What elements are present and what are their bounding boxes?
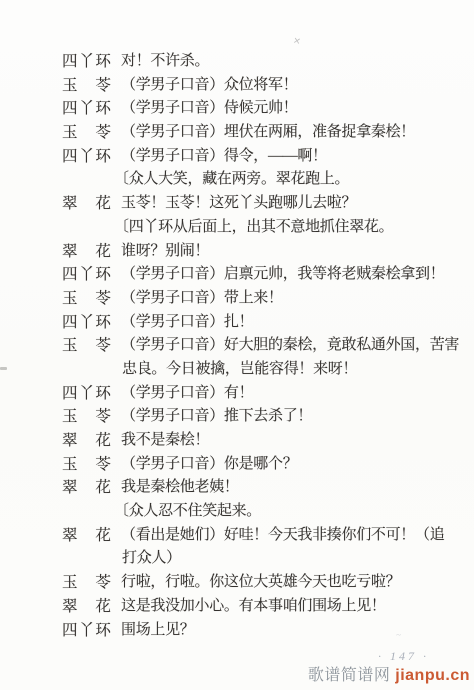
script-line: 四丫环 （学男子口音）扎！ (62, 311, 462, 335)
script-line: 翠 花 玉苓！玉苓！这死丫头跑哪儿去啦？ (62, 192, 462, 216)
script-line: 四丫环 （学男子口音）启禀元帅，我等将老贼秦桧拿到！ (62, 263, 462, 287)
script-line: 四丫环 （学男子口音）侍候元帅！ (62, 97, 462, 121)
script-line: 玉 苓 行啦，行啦。你这位大英雄今天也吃亏啦？ (62, 571, 462, 595)
dialogue-text: （学男子口音）推下去杀了！ (121, 405, 312, 429)
watermark-url: jianpu.cn (395, 667, 470, 684)
dialogue-text: 我不是秦桧！ (121, 429, 209, 453)
dialogue-text: 围场上见？ (121, 619, 195, 643)
script-line: 〔众人大笑，藏在两旁。翠花跑上。 (62, 168, 462, 192)
script-line: 玉 苓 （学男子口音）你是哪个？ (62, 453, 462, 477)
dialogue-text: （学男子口音）好大胆的秦桧，竟敢私通外国，苦害 (121, 334, 459, 358)
dialogue-continuation: 忠良。今日被擒，岂能容得！来呀！ (122, 358, 357, 382)
speaker-name: 玉 苓 (62, 571, 119, 595)
script-line: 翠 花 （看出是她们）好哇！今天我非揍你们不可！（追 (62, 524, 462, 548)
script-line: 玉 苓 （学男子口音）带上来！ (62, 287, 462, 311)
speaker-name: 玉 苓 (62, 334, 119, 358)
scan-artifact-mark: ✕ (292, 35, 302, 47)
dialogue-text: （学男子口音）众位将军！ (121, 74, 297, 98)
speaker-name: 玉 苓 (62, 453, 119, 477)
watermark-site: 歌谱简谱网 (308, 667, 395, 684)
dialogue-text: 玉苓！玉苓！这死丫头跑哪儿去啦？ (121, 192, 356, 216)
script-line: 〔众人忍不住笑起来。 (62, 500, 462, 524)
watermark: 歌谱简谱网 jianpu.cn (308, 662, 470, 685)
speaker-name: 四丫环 (62, 619, 119, 643)
scan-edge-artifact (0, 367, 7, 370)
speaker-name: 四丫环 (62, 382, 119, 406)
script-line: 忠良。今日被擒，岂能容得！来呀！ (62, 358, 462, 382)
script-line: 玉 苓 （学男子口音）众位将军！ (62, 74, 462, 98)
stage-direction: 〔四丫环从后面上，出其不意地抓住翠花。 (114, 216, 393, 240)
script-line: 翠 花 我是秦桧他老姨！ (62, 476, 462, 500)
script-line: 翠 花 谁呀？别闹！ (62, 240, 462, 264)
dialogue-text: （学男子口音）侍候元帅！ (121, 97, 297, 121)
speaker-name: 翠 花 (62, 429, 119, 453)
script-line: 打众人） (62, 547, 462, 571)
dialogue-text: 谁呀？别闹！ (121, 240, 209, 264)
speaker-name: 四丫环 (62, 311, 119, 335)
script-line: 翠 花 我不是秦桧！ (62, 429, 462, 453)
dialogue-text: （学男子口音）带上来！ (121, 287, 283, 311)
script-line: 玉 苓 （学男子口音）推下去杀了！ (62, 405, 462, 429)
script-line: 四丫环 对！不许杀。 (62, 50, 462, 74)
speaker-name: 四丫环 (62, 97, 119, 121)
script-line: 〔四丫环从后面上，出其不意地抓住翠花。 (62, 216, 462, 240)
speaker-name: 翠 花 (62, 476, 119, 500)
script-line: 四丫环 围场上见？ (62, 619, 462, 643)
speaker-name: 翠 花 (62, 524, 119, 548)
speaker-name: 翠 花 (62, 240, 119, 264)
script-line: 玉 苓 （学男子口音）埋伏在两厢，准备捉拿秦桧！ (62, 121, 462, 145)
speaker-name: 玉 苓 (62, 74, 119, 98)
dialogue-continuation: 打众人） (122, 547, 181, 571)
script-line: 翠 花 这是我没加小心。有本事咱们围场上见！ (62, 595, 462, 619)
dialogue-text: 对！不许杀。 (121, 50, 209, 74)
scanned-script-page: ✕ 四丫环 对！不许杀。 玉 苓 （学男子口音）众位将军！ 四丫环 （学男子口音… (0, 0, 474, 690)
stage-direction: 〔众人忍不住笑起来。 (114, 500, 261, 524)
dialogue-text: 这是我没加小心。有本事咱们围场上见！ (121, 595, 386, 619)
dialogue-text: （学男子口音）有！ (121, 382, 253, 406)
speaker-name: 四丫环 (62, 50, 119, 74)
dialogue-text: （学男子口音）你是哪个？ (121, 453, 297, 477)
scan-artifact-squiggle: ~ (396, 630, 401, 640)
dialogue-text: （学男子口音）埋伏在两厢，准备捉拿秦桧！ (121, 121, 415, 145)
script-line: 四丫环 （学男子口音）有！ (62, 382, 462, 406)
dialogue-text: （学男子口音）得令，——啊！ (121, 145, 327, 169)
speaker-name: 四丫环 (62, 263, 119, 287)
speaker-name: 翠 花 (62, 192, 119, 216)
dialogue-text: 我是秦桧他老姨！ (121, 476, 239, 500)
script-line: 四丫环 （学男子口音）得令，——啊！ (62, 145, 462, 169)
dialogue-text: 行啦，行啦。你这位大英雄今天也吃亏啦？ (121, 571, 400, 595)
script-line: 玉 苓 （学男子口音）好大胆的秦桧，竟敢私通外国，苦害 (62, 334, 462, 358)
dialogue-text: （学男子口音）启禀元帅，我等将老贼秦桧拿到！ (121, 263, 444, 287)
speaker-name: 翠 花 (62, 595, 119, 619)
dialogue-text: （看出是她们）好哇！今天我非揍你们不可！（追 (121, 524, 444, 548)
speaker-name: 玉 苓 (62, 121, 119, 145)
speaker-name: 玉 苓 (62, 405, 119, 429)
stage-direction: 〔众人大笑，藏在两旁。翠花跑上。 (114, 168, 349, 192)
dialogue-text: （学男子口音）扎！ (121, 311, 253, 335)
script-text-block: 四丫环 对！不许杀。 玉 苓 （学男子口音）众位将军！ 四丫环 （学男子口音）侍… (62, 50, 462, 642)
speaker-name: 四丫环 (62, 145, 119, 169)
speaker-name: 玉 苓 (62, 287, 119, 311)
